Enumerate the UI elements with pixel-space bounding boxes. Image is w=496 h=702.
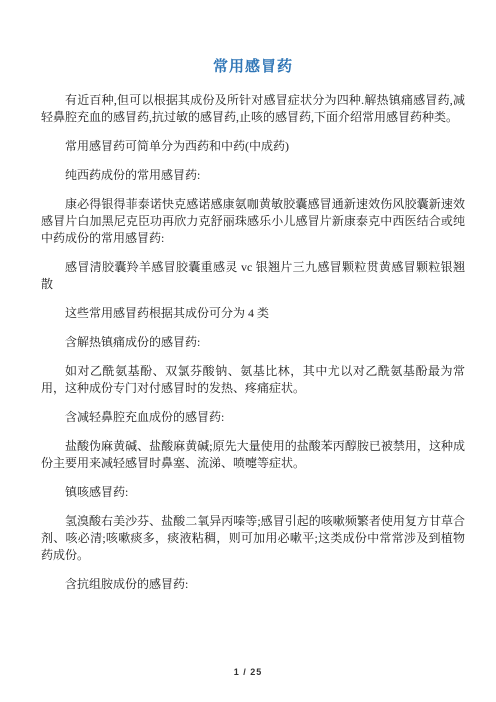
paragraph-list: 有近百种,但可以根据其成份及所针对感冒症状分为四种.解热镇痛感冒药,减轻鼻腔充血… [41, 92, 465, 593]
paragraph: 盐酸伪麻黄碱、盐酸麻黄碱;原先大量使用的盐酸苯丙醇胺已被禁用，这种成份主要用来减… [41, 438, 465, 472]
paragraph: 氢溴酸右美沙芬、盐酸二氧异丙嗪等;感冒引起的咳嗽频繁者使用复方甘草合剂、咳必清;… [41, 513, 465, 564]
paragraph: 康必得银得菲泰诺快克感诺感康氨咖黄敏胶囊感冒通新速效伤风胶囊新速效感冒片白加黑尼… [41, 196, 465, 247]
document-page: 常用感冒药 有近百种,但可以根据其成份及所针对感冒症状分为四种.解热镇痛感冒药,… [0, 0, 496, 702]
paragraph: 这些常用感冒药根据其成份可分为 4 类 [41, 305, 465, 322]
paragraph: 镇咳感冒药: [41, 484, 465, 501]
paragraph: 含抗组胺成份的感冒药: [41, 576, 465, 593]
paragraph: 含减轻鼻腔充血成份的感冒药: [41, 409, 465, 426]
paragraph: 感冒清胶囊羚羊感冒胶囊重感灵 vc 银翘片三九感冒颗粒贯黄感冒颗粒银翘散 [41, 259, 465, 293]
paragraph: 有近百种,但可以根据其成份及所针对感冒症状分为四种.解热镇痛感冒药,减轻鼻腔充血… [41, 92, 465, 126]
document-title: 常用感冒药 [41, 57, 465, 77]
paragraph: 常用感冒药可简单分为西药和中药(中成药) [41, 138, 465, 155]
paragraph: 含解热镇痛成份的感冒药: [41, 334, 465, 351]
page-number-indicator: 1 / 25 [0, 667, 496, 677]
document-body: 常用感冒药 有近百种,但可以根据其成份及所针对感冒症状分为四种.解热镇痛感冒药,… [41, 57, 465, 605]
paragraph: 纯西药成份的常用感冒药: [41, 167, 465, 184]
paragraph: 如对乙酰氨基酚、双氯芬酸钠、氨基比林，其中尤以对乙酰氨基酚最为常用，这种成份专门… [41, 363, 465, 397]
